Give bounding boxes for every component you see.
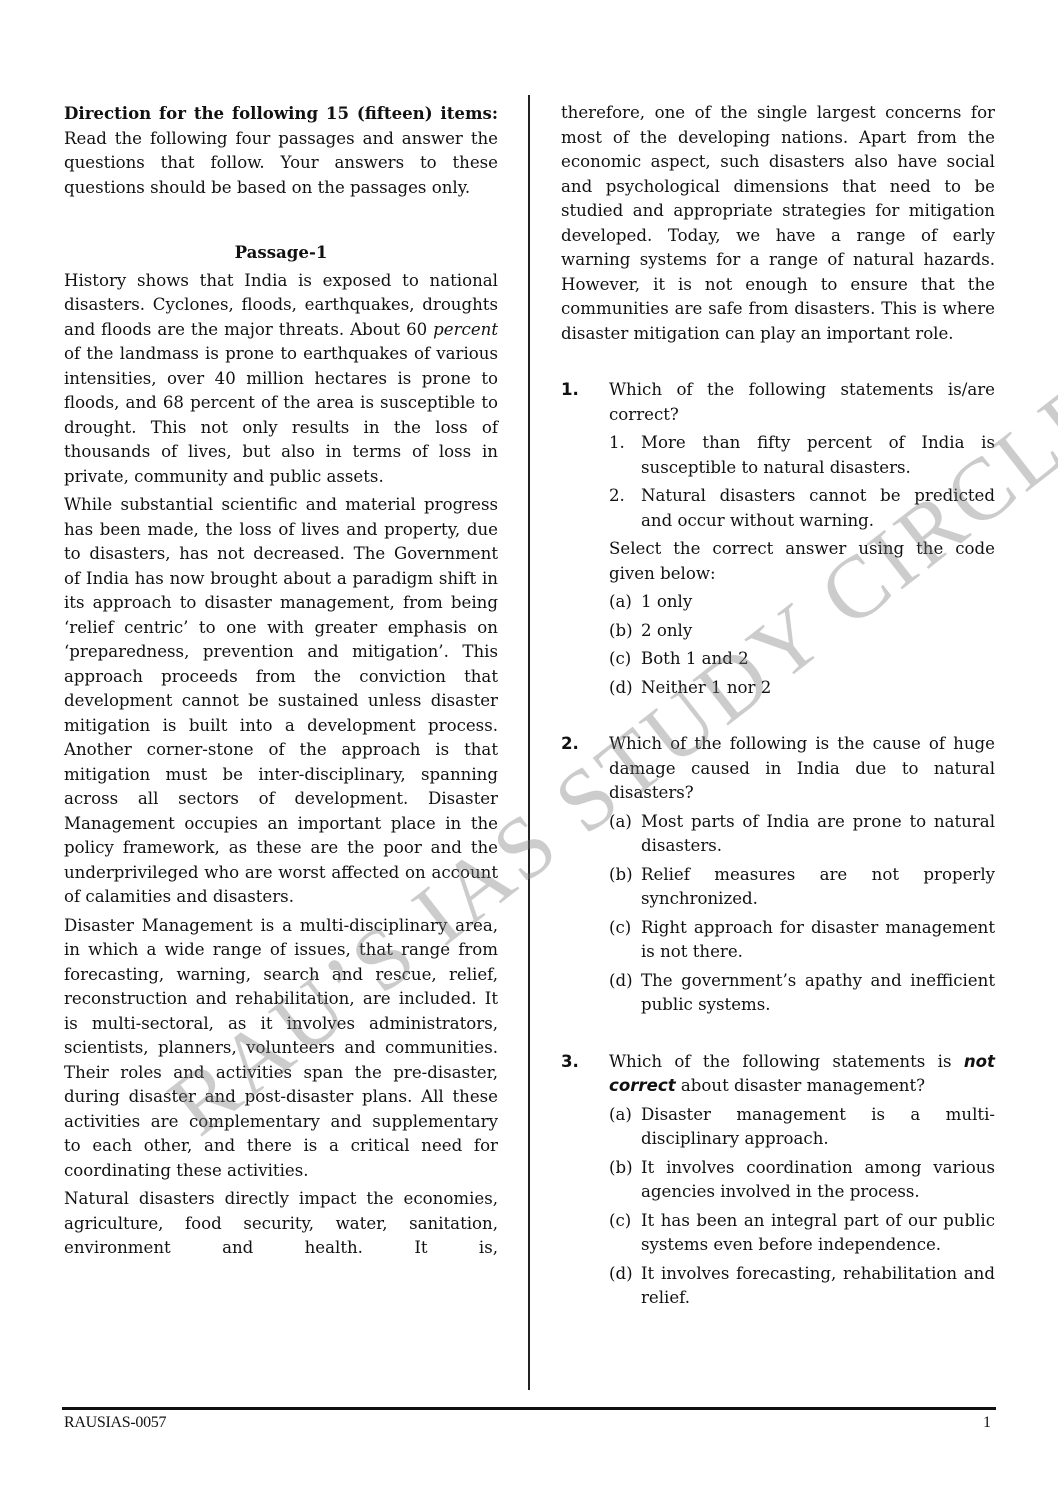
option-label: (b) xyxy=(609,1156,633,1181)
option-label: (c) xyxy=(609,916,631,941)
direction-bold-lead: Direction for the following 15 (fifteen)… xyxy=(64,103,498,123)
option-text: 2 only xyxy=(641,621,692,640)
option-text: Relief measures are not properly synchro… xyxy=(641,865,995,909)
select-instruction: Select the correct answer using the code… xyxy=(609,537,995,586)
exam-page: Direction for the following 15 (fifteen)… xyxy=(0,0,1058,1497)
statement-number: 2. xyxy=(609,484,625,509)
option-label: (c) xyxy=(609,1209,631,1234)
option-label: (a) xyxy=(609,1103,632,1128)
option-label: (d) xyxy=(609,969,633,994)
column-divider xyxy=(528,95,530,1390)
option-text: 1 only xyxy=(641,592,692,611)
answer-option[interactable]: (d) Neither 1 nor 2 xyxy=(609,676,995,701)
question-number: 2. xyxy=(561,732,579,757)
right-column: therefore, one of the single largest con… xyxy=(561,101,995,1315)
footer-rule xyxy=(62,1407,996,1410)
answer-option[interactable]: (d) It involves forecasting, rehabilitat… xyxy=(609,1262,995,1311)
direction-body: Read the following four passages and ans… xyxy=(64,129,498,197)
option-label: (d) xyxy=(609,1262,633,1287)
option-label: (b) xyxy=(609,863,633,888)
answer-option[interactable]: (b) 2 only xyxy=(609,619,995,644)
answer-option[interactable]: (c) Right approach for disaster manageme… xyxy=(609,916,995,965)
passage-paragraph-4-continued: therefore, one of the single largest con… xyxy=(561,101,995,346)
passage-paragraph-4: Natural disasters directly impact the ec… xyxy=(64,1187,498,1261)
answer-option[interactable]: (c) It has been an integral part of our … xyxy=(609,1209,995,1258)
option-text: Neither 1 nor 2 xyxy=(641,678,771,697)
left-column: Direction for the following 15 (fifteen)… xyxy=(64,101,498,1265)
statement-text: Natural disasters cannot be predicted an… xyxy=(641,486,995,530)
passage-paragraph-1: History shows that India is exposed to n… xyxy=(64,269,498,490)
statement-text: More than fifty percent of India is susc… xyxy=(641,433,995,477)
answer-option[interactable]: (b) Relief measures are not properly syn… xyxy=(609,863,995,912)
answer-option[interactable]: (c) Both 1 and 2 xyxy=(609,647,995,672)
direction-text: Direction for the following 15 (fifteen)… xyxy=(64,101,498,200)
option-text: Both 1 and 2 xyxy=(641,649,749,668)
answer-option[interactable]: (a) 1 only xyxy=(609,590,995,615)
option-label: (c) xyxy=(609,647,631,672)
question-1: 1. Which of the following statements is/… xyxy=(561,378,995,700)
question-3: 3. Which of the following statements is … xyxy=(561,1050,995,1311)
document-code: RAUSIAS-0057 xyxy=(64,1414,166,1432)
passage-paragraph-3: Disaster Management is a multi-disciplin… xyxy=(64,914,498,1184)
option-label: (a) xyxy=(609,590,632,615)
stem-text: Which of the following statements is xyxy=(609,1052,964,1071)
question-number: 1. xyxy=(561,378,579,403)
statement-item: 2. Natural disasters cannot be predicted… xyxy=(609,484,995,533)
answer-option[interactable]: (b) It involves coordination among vario… xyxy=(609,1156,995,1205)
paragraph-emphasis: percent xyxy=(433,320,498,339)
question-2: 2. Which of the following is the cause o… xyxy=(561,732,995,1018)
option-text: It involves coordination among various a… xyxy=(641,1158,995,1202)
answer-option[interactable]: (a) Most parts of India are prone to nat… xyxy=(609,810,995,859)
option-text: It has been an integral part of our publ… xyxy=(641,1211,995,1255)
question-stem: Which of the following statements is/are… xyxy=(609,378,995,427)
answer-option[interactable]: (a) Disaster management is a multi-disci… xyxy=(609,1103,995,1152)
option-text: Most parts of India are prone to natural… xyxy=(641,812,995,856)
option-text: It involves forecasting, rehabilitation … xyxy=(641,1264,995,1308)
option-label: (d) xyxy=(609,676,633,701)
page-number: 1 xyxy=(983,1414,991,1432)
passage-title: Passage-1 xyxy=(64,240,498,265)
answer-option[interactable]: (d) The government’s apathy and ineffici… xyxy=(609,969,995,1018)
passage-paragraph-2: While substantial scientific and materia… xyxy=(64,493,498,910)
option-text: Disaster management is a multi-disciplin… xyxy=(641,1105,995,1149)
paragraph-text: of the landmass is prone to earthquakes … xyxy=(64,344,498,486)
question-stem: Which of the following is the cause of h… xyxy=(609,732,995,806)
option-text: The government’s apathy and inefficient … xyxy=(641,971,995,1015)
statement-number: 1. xyxy=(609,431,625,456)
stem-text: about disaster management? xyxy=(676,1076,925,1095)
option-label: (b) xyxy=(609,619,633,644)
option-label: (a) xyxy=(609,810,632,835)
question-number: 3. xyxy=(561,1050,579,1075)
question-stem: Which of the following statements is not… xyxy=(609,1050,995,1099)
option-text: Right approach for disaster management i… xyxy=(641,918,995,962)
statement-item: 1. More than fifty percent of India is s… xyxy=(609,431,995,480)
